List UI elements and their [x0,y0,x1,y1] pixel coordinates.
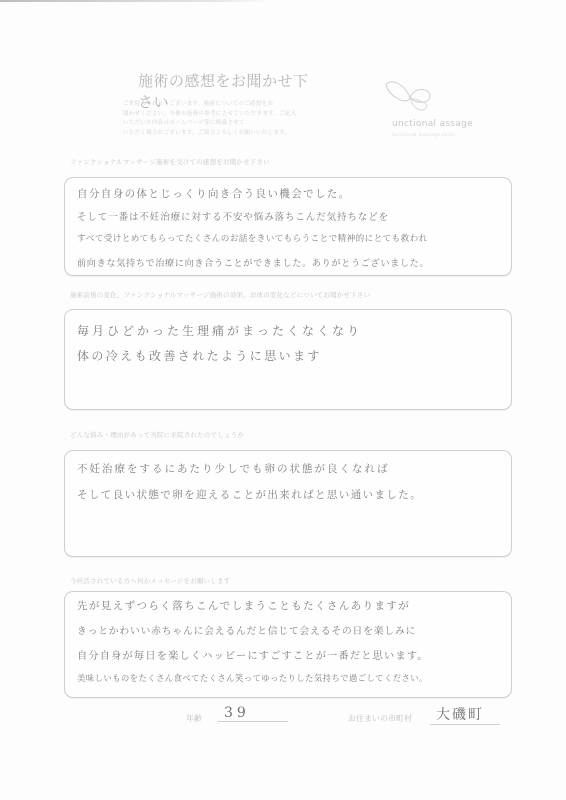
logo-text: unctional assage [392,119,473,129]
intro-line: いただいた内容はホームページ等に掲載させて [123,119,353,129]
form-intro: ご来院ありがとうございます。施術についてのご感想をお 聞かせください。今後の施術… [123,100,353,138]
age-value: 39 [218,705,288,722]
ribbon-bow-icon [380,78,440,120]
handwritten-line: きっとかわいい赤ちゃんに会えるんだと信じて会えるその日を楽しみに [77,623,416,637]
question-label-message: 今妊活されている方へ何かメッセージをお願いします [70,576,230,585]
question-label-reason: どんな悩み・理由があって当院に来院されたのでしょうか [70,430,244,439]
intro-line: ご来院ありがとうございます。施術についてのご感想をお [123,100,353,110]
feedback-form-scan: 施術の感想をお聞かせ下さい ご来院ありがとうございます。施術についてのご感想をお… [0,0,566,800]
answer-box-message: 先が見えずつらく落ちこんでしまうこともたくさんありますが きっとかわいい赤ちゃん… [64,591,512,698]
handwritten-line: 先が見えずつらく落ちこんでしまうこともたくさんありますが [77,598,410,613]
intro-line: 聞かせください。今後の施術の参考にさせていただきます。ご記入 [123,110,353,120]
handwritten-line: 前向きな気持ちで治療に向き合うことができました。ありがとうございました。 [77,255,429,269]
handwritten-line: 自分自身の体とじっくり向き合う良い機会でした。 [77,186,351,201]
logo-subtext: functional massage salon [392,132,455,137]
handwritten-line: 美味しいものをたくさん食べてたくさん笑ってゆったりした気持ちで過ごしてください。 [77,672,428,684]
answer-box-impression: 自分自身の体とじっくり向き合う良い機会でした。 そして一番は不妊治療に対する不安… [64,177,512,276]
intro-line: いただく場合がございます。ご協力よろしくお願いいたします。 [123,129,353,139]
answer-box-reason: 不妊治療をするにあたり少しでも卵の状態が良くなれば そして良い状態で卵を迎えるこ… [64,450,512,557]
handwritten-line: 毎月ひどかった生理痛がまったくなくなり [77,322,362,339]
residence-label: お住まいの市町村 [348,713,412,724]
salon-logo: unctional assage functional massage salo… [378,78,488,148]
age-label: 年齢 [186,713,202,724]
residence-value: 大磯町 [430,704,500,725]
handwritten-line: そして一番は不妊治療に対する不安や悩み落ちこんだ気持ちなどを [77,209,389,223]
scan-edge-artifact [0,0,270,2]
handwritten-line: すべて受けとめてもらってたくさんのお話をきいてもらうことで精神的にとても救われ [77,232,428,244]
handwritten-line: そして良い状態で卵を迎えることが出来ればと思い通いました。 [77,487,422,502]
handwritten-line: 不妊治療をするにあたり少しでも卵の状態が良くなれば [77,461,390,476]
question-label-impression: ファンクショナルマッサージ施術を受けての感想をお聞かせ下さい [70,157,270,166]
handwritten-line: 体の冷えも改善されたように思います [77,347,322,364]
question-label-changes: 施術前後の変化、ファンクショナルマッサージ施術の効果、お体の変化などについてお聞… [70,290,370,299]
handwritten-line: 自分自身が毎日を楽しくハッピーにすごすことが一番だと思います。 [77,647,429,662]
answer-box-changes: 毎月ひどかった生理痛がまったくなくなり 体の冷えも改善されたように思います [64,309,512,410]
